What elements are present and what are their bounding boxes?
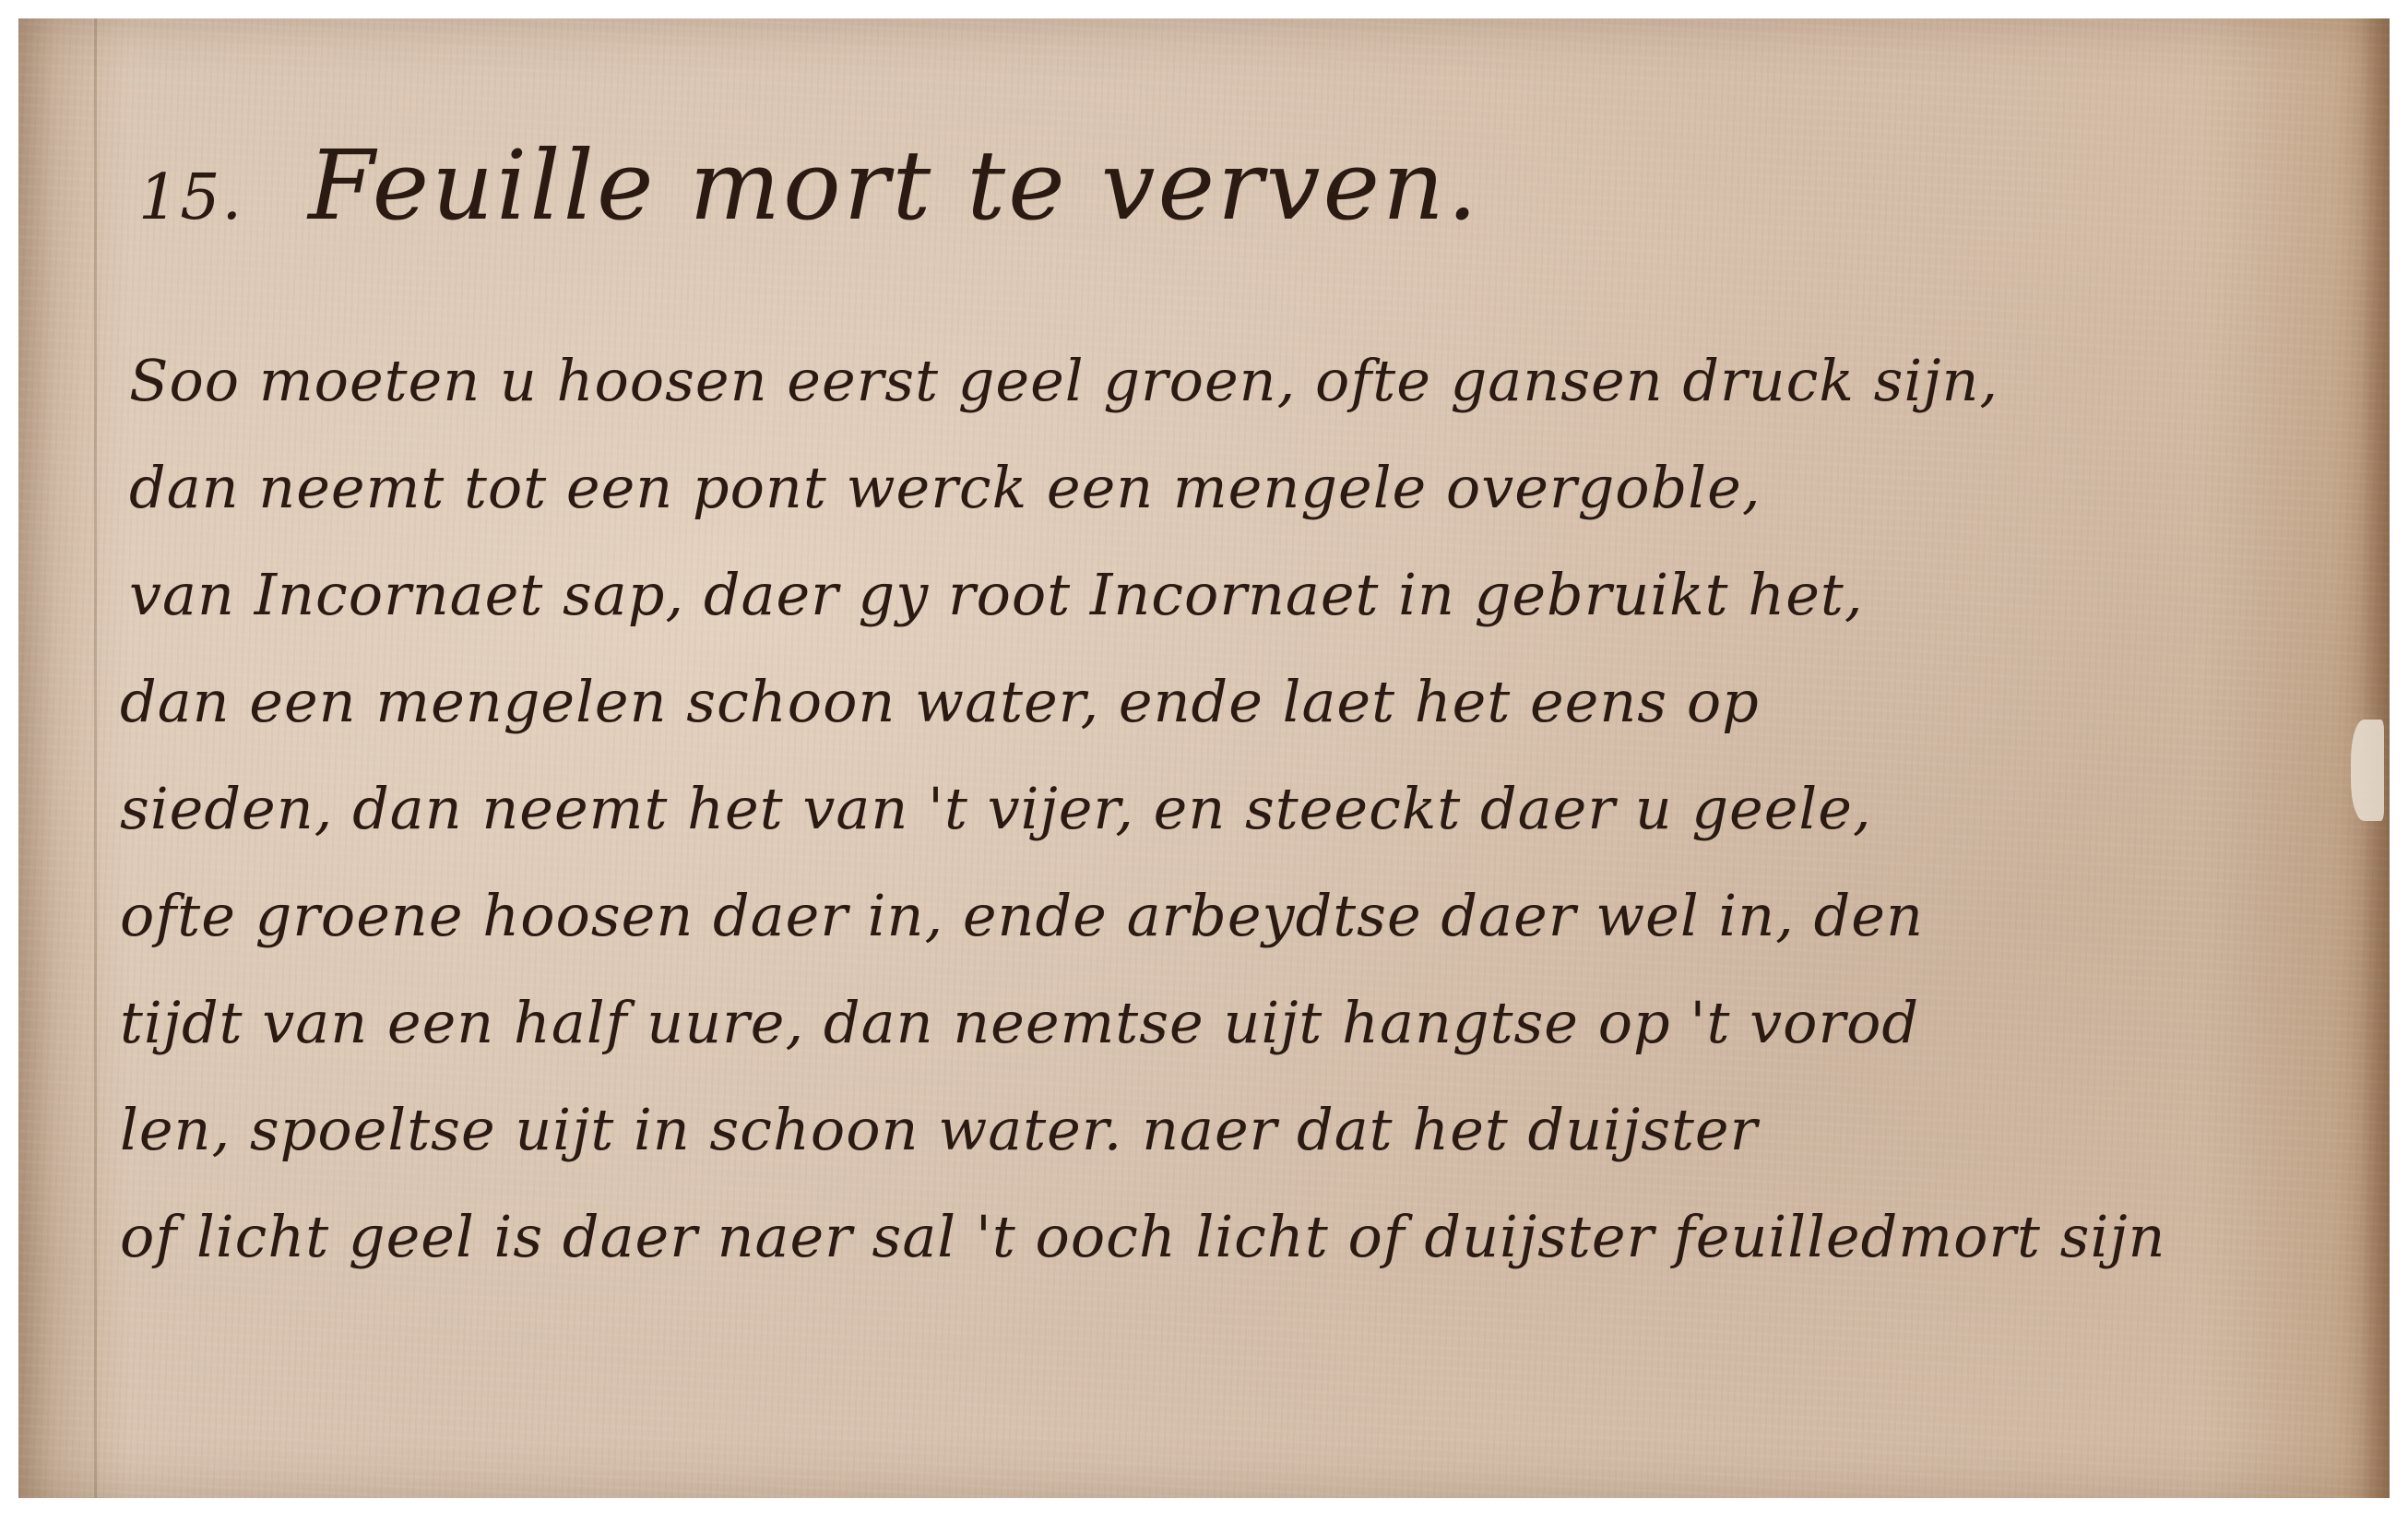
recipe-number: 15. <box>138 161 243 234</box>
body-line: dan een mengelen schoon water, ende laet… <box>120 648 2370 756</box>
body-line: dan neemt tot een pont werck een mengele… <box>120 434 2370 541</box>
body-line: Soo moeten u hoosen eerst geel groen, of… <box>120 327 2370 434</box>
body-line: tijdt van een half uure, dan neemtse uij… <box>120 970 2370 1077</box>
body-line: of licht geel is daer naer sal 't ooch l… <box>120 1184 2370 1291</box>
recipe-body: Soo moeten u hoosen eerst geel groen, of… <box>120 327 2370 1291</box>
body-line: van Incornaet sap, daer gy root Incornae… <box>120 541 2370 648</box>
recipe-title: Feuille mort te verven. <box>308 129 1480 242</box>
body-line: ofte groene hoosen daer in, ende arbeydt… <box>120 863 2370 970</box>
recipe-heading: 15. Feuille mort te verven. <box>138 129 1480 277</box>
body-line: sieden, dan neemt het van 't vijer, en s… <box>120 756 2370 863</box>
body-line: len, spoeltse uijt in schoon water. naer… <box>120 1077 2370 1184</box>
page-fold-line <box>94 18 97 1498</box>
manuscript-page: 15. Feuille mort te verven. Soo moeten u… <box>18 18 2390 1498</box>
